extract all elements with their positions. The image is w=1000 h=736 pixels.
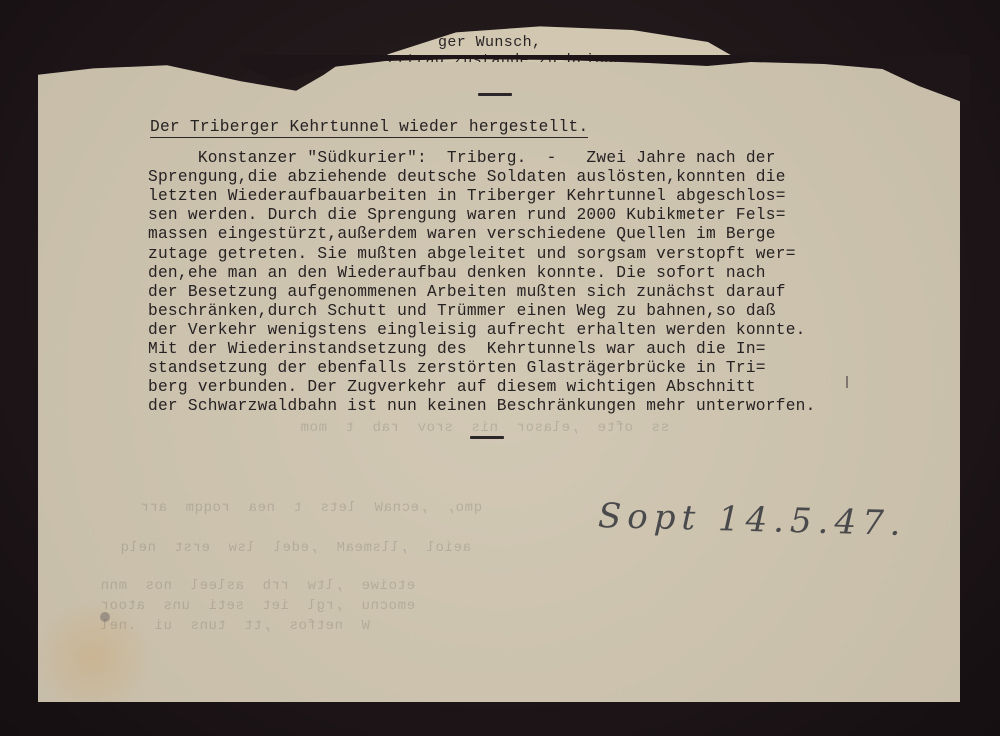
- body-line: Konstanzer "Südkurier": Triberg. - Zwei …: [148, 148, 776, 168]
- body-line: beschränken,durch Schutt und Trümmer ein…: [148, 301, 776, 321]
- body-line: Mit der Wiederinstandsetzung des Kehrtun…: [148, 339, 766, 359]
- body-line: standsetzung der ebenfalls zerstörten Gl…: [148, 358, 766, 378]
- fragment-line-1: ger Wunsch,: [438, 34, 541, 51]
- body-line: der Besetzung aufgenommenen Arbeiten muß…: [148, 282, 786, 302]
- bleed-through-text: emocnu ,rgl iet seti uns atoor: [100, 598, 415, 614]
- body-line: sen werden. Durch die Sprengung waren ru…: [148, 205, 786, 225]
- body-line: Sprengung,die abziehende deutsche Soldat…: [148, 167, 786, 187]
- body-line: der Verkehr wenigstens eingleisig aufrec…: [148, 320, 806, 340]
- bleed-through-text: qmo, ,ecnaW lets t nea roqqm arr: [140, 500, 482, 516]
- bleed-through-text: W netfos ,tt tuns ui .nel: [100, 618, 370, 634]
- body-line: den,ehe man an den Wiederaufbau denken k…: [148, 263, 766, 283]
- bleed-through-text: aeiol ,llsmeaM ,edel lsw erst nelq: [120, 540, 471, 556]
- bleed-through-text: ss ofte ,elasor nis srov rab t mom: [300, 420, 669, 436]
- body-line: der Schwarzwaldbahn ist nun keinen Besch…: [148, 396, 816, 416]
- article-headline: Der Triberger Kehrtunnel wieder hergeste…: [150, 118, 588, 138]
- body-line: zutage getreten. Sie mußten abgeleitet u…: [148, 244, 796, 264]
- body-line: berg verbunden. Der Zugverkehr auf diese…: [148, 377, 756, 397]
- handwritten-date-note: Sopt 14.5.47.: [598, 496, 908, 544]
- body-line: massen eingestürzt,außerdem waren versch…: [148, 224, 776, 244]
- body-line: letzten Wiederaufbauarbeiten in Triberge…: [148, 186, 786, 206]
- separator-dash-bottom: [470, 436, 504, 439]
- margin-mark: [846, 376, 848, 388]
- ink-spot: [100, 612, 110, 622]
- bleed-through-text: etoiwe ,ltw rrb asleel nos mnn: [100, 578, 415, 594]
- separator-dash-top: [478, 93, 512, 96]
